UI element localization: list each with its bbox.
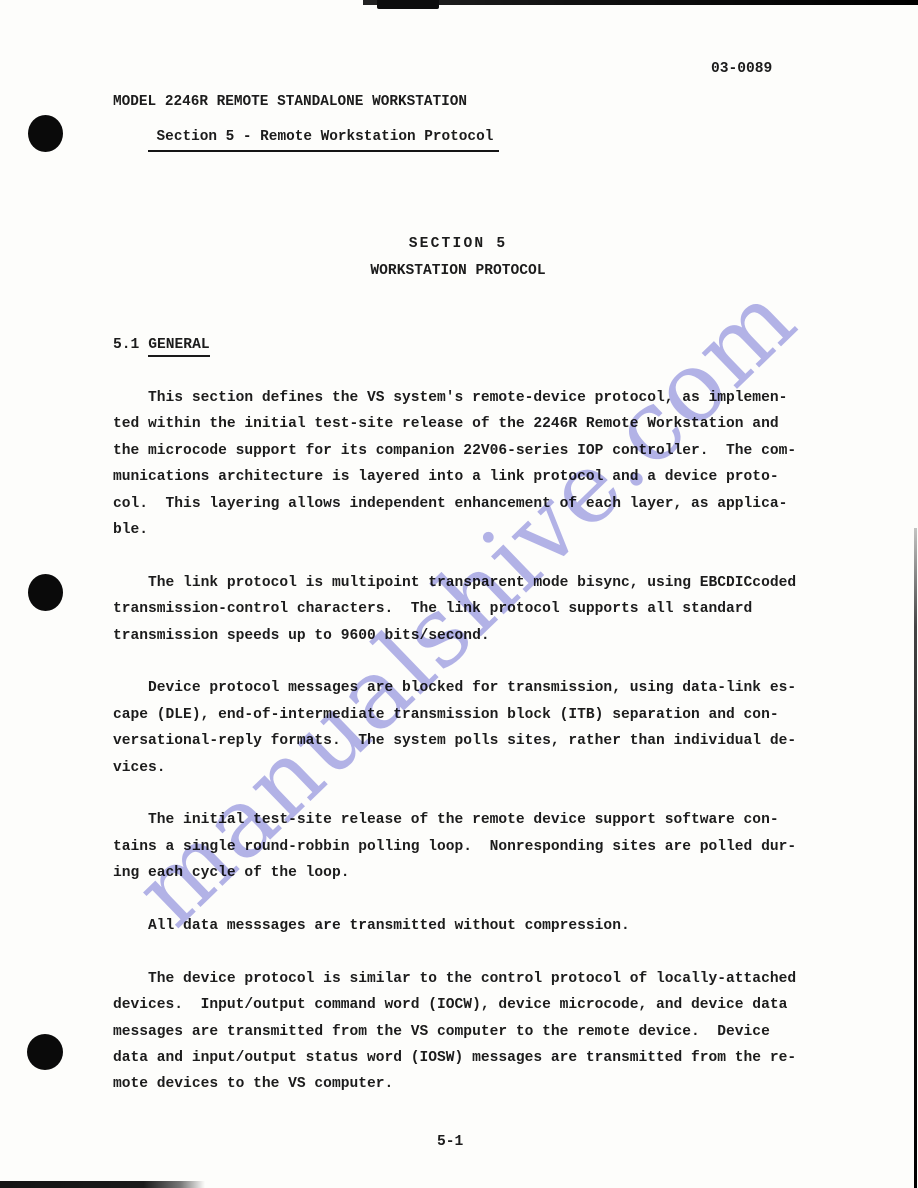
section-title: SECTION 5 WORKSTATION PROTOCOL [113, 231, 803, 285]
page-number: 5-1 [437, 1134, 463, 1150]
paragraph: The link protocol is multipoint transpar… [113, 570, 825, 649]
body-text: This section defines the VS system's rem… [113, 385, 825, 1124]
scanned-manual-page: MODEL 2246R REMOTE STANDALONE WORKSTATIO… [0, 0, 918, 1188]
scan-artifact-right-edge [914, 528, 917, 1188]
punch-hole [28, 115, 63, 152]
scan-artifact-top-blob [377, 0, 439, 9]
heading-number: 5.1 [113, 337, 139, 353]
paragraph: The device protocol is similar to the co… [113, 966, 825, 1098]
page-header: MODEL 2246R REMOTE STANDALONE WORKSTATIO… [113, 59, 499, 169]
document-number: 03-0089 [711, 61, 772, 77]
section-title-name: WORKSTATION PROTOCOL [113, 258, 803, 285]
punch-hole [27, 1034, 63, 1070]
paragraph: All data messsages are transmitted witho… [113, 913, 825, 939]
heading-5-1-general: 5.1GENERAL [113, 337, 210, 357]
scan-artifact-bottom-bar [0, 1181, 205, 1188]
header-section-line: Section 5 - Remote Workstation Protocol [148, 129, 494, 145]
scan-artifact-top-bar [363, 0, 918, 5]
paragraph: Device protocol messages are blocked for… [113, 675, 825, 781]
section-title-number: SECTION 5 [113, 231, 803, 258]
header-section-line-underline: Section 5 - Remote Workstation Protocol [148, 129, 500, 152]
heading-title: GENERAL [148, 337, 209, 357]
header-model-line: MODEL 2246R REMOTE STANDALONE WORKSTATIO… [113, 94, 499, 112]
paragraph: This section defines the VS system's rem… [113, 385, 825, 543]
paragraph: The initial test-site release of the rem… [113, 807, 825, 886]
punch-hole [28, 574, 63, 611]
